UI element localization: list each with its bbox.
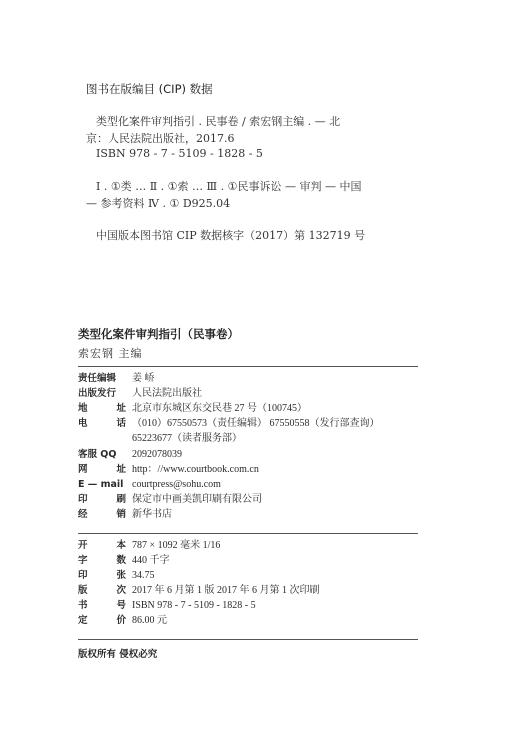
spec-label: 字数 — [78, 555, 132, 567]
info-row-editor: 责任编辑 姜 峤 — [78, 373, 155, 385]
spec-value: 787 × 1092 毫米 1/16 — [132, 540, 220, 552]
spec-value: 86.00 元 — [132, 615, 167, 627]
spec-row-price: 定价 86.00 元 — [78, 615, 167, 627]
info-label: E — mail — [78, 479, 132, 491]
info-row-distributor: 经销 新华书店 — [78, 509, 172, 521]
info-value: 保定市中画美凯印刷有限公司 — [132, 494, 262, 506]
cip-heading: 图书在版编目 (CIP) 数据 — [86, 81, 213, 97]
info-value: 2092078039 — [132, 449, 182, 461]
info-value: 姜 峤 — [132, 373, 155, 385]
info-row-email: E — mail courtpress@sohu.com — [78, 479, 221, 491]
info-row-phone: 电话 （010）67550573（责任编辑） 67550558（发行部查询） — [78, 418, 380, 430]
copyright-notice: 版权所有 侵权必究 — [78, 646, 157, 660]
cip-subject-line-2: — 参考资料 Ⅳ . ① D925.04 — [86, 195, 230, 211]
info-value[interactable]: http：//www.courtbook.com.cn — [132, 464, 259, 476]
info-label — [78, 433, 132, 445]
divider-2 — [78, 533, 418, 534]
spec-row-edition: 版次 2017 年 6 月第 1 版 2017 年 6 月第 1 次印刷 — [78, 585, 320, 597]
spec-row-isbn: 书号 ISBN 978 - 7 - 5109 - 1828 - 5 — [78, 600, 256, 612]
info-value[interactable]: courtpress@sohu.com — [132, 479, 221, 491]
info-label: 经销 — [78, 509, 132, 521]
info-row-publisher: 出版发行 人民法院出版社 — [78, 388, 202, 400]
spec-row-sheets: 印张 34.75 — [78, 570, 155, 582]
spec-label: 印张 — [78, 570, 132, 582]
info-label: 出版发行 — [78, 388, 132, 400]
spec-label: 书号 — [78, 600, 132, 612]
spec-label: 开本 — [78, 540, 132, 552]
divider-1 — [78, 366, 418, 367]
info-label: 印刷 — [78, 494, 132, 506]
divider-3 — [78, 639, 418, 640]
info-label: 地址 — [78, 403, 132, 415]
info-row-address: 地址 北京市东城区东交民巷 27 号（100745） — [78, 403, 307, 415]
cip-subject-line-1: Ⅰ . ①类 … Ⅱ . ①索 … Ⅲ . ①民事诉讼 — 审判 — 中国 — [96, 178, 361, 194]
spec-value: 2017 年 6 月第 1 版 2017 年 6 月第 1 次印刷 — [132, 585, 320, 597]
spec-value: 440 千字 — [132, 555, 170, 567]
book-author: 索宏钢 主编 — [78, 345, 143, 361]
spec-row-format: 开本 787 × 1092 毫米 1/16 — [78, 540, 220, 552]
info-value: 新华书店 — [132, 509, 172, 521]
cip-line-2: 京：人民法院出版社，2017.6 — [86, 130, 235, 146]
info-label: 责任编辑 — [78, 373, 132, 385]
spec-value: ISBN 978 - 7 - 5109 - 1828 - 5 — [132, 600, 256, 612]
spec-label: 定价 — [78, 615, 132, 627]
info-row-website: 网址 http：//www.courtbook.com.cn — [78, 464, 259, 476]
spec-label: 版次 — [78, 585, 132, 597]
spec-row-wordcount: 字数 440 千字 — [78, 555, 170, 567]
info-label: 电话 — [78, 418, 132, 430]
info-label: 客服 QQ — [78, 449, 132, 461]
cip-line-1: 类型化案件审判指引 . 民事卷 / 索宏钢主编 . — 北 — [96, 113, 340, 129]
info-value: 人民法院出版社 — [132, 388, 202, 400]
info-label: 网址 — [78, 464, 132, 476]
spec-value: 34.75 — [132, 570, 155, 582]
info-row-printer: 印刷 保定市中画美凯印刷有限公司 — [78, 494, 262, 506]
book-title: 类型化案件审判指引（民事卷） — [78, 326, 239, 342]
info-value: 北京市东城区东交民巷 27 号（100745） — [132, 403, 307, 415]
info-value: 65223677（读者服务部） — [132, 433, 242, 445]
info-row-qq: 客服 QQ 2092078039 — [78, 449, 182, 461]
cip-verification: 中国版本图书馆 CIP 数据核字（2017）第 132719 号 — [96, 227, 365, 243]
cip-isbn: ISBN 978 - 7 - 5109 - 1828 - 5 — [96, 147, 263, 160]
info-row-phone-cont: 65223677（读者服务部） — [78, 433, 242, 445]
info-value: （010）67550573（责任编辑） 67550558（发行部查询） — [132, 418, 380, 430]
